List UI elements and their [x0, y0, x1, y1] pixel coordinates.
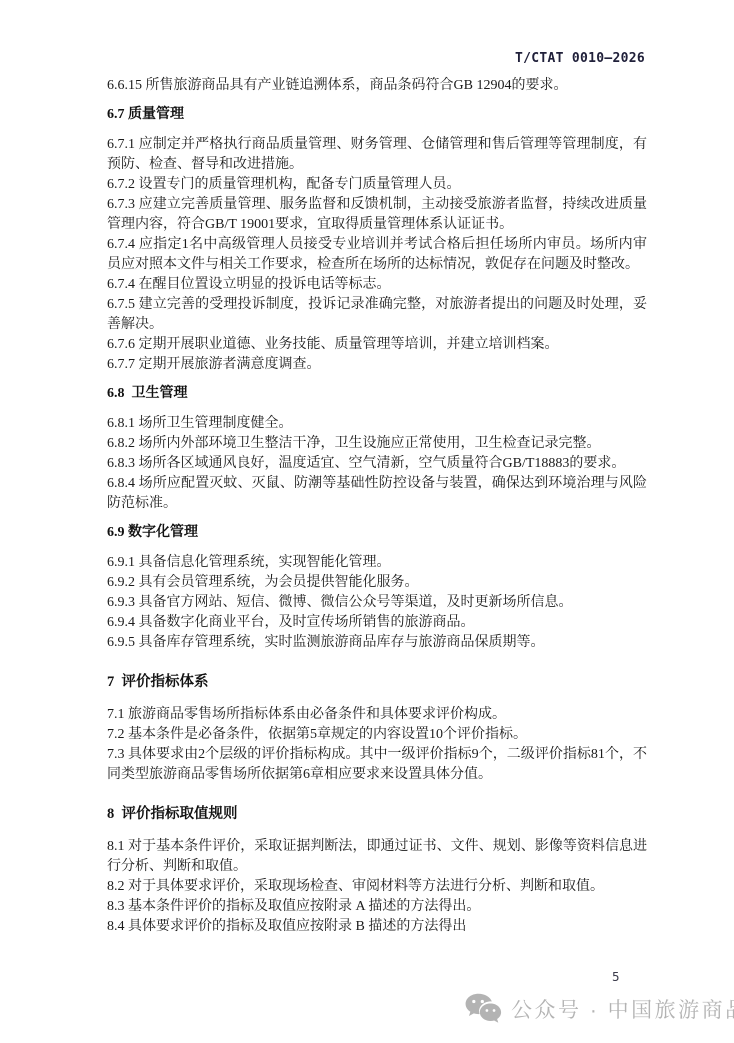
clause-paragraph: 7.3 具体要求由2个层级的评价指标构成。其中一级评价指标9个，二级评价指标81… [107, 745, 647, 785]
clause-paragraph: 6.9.2 具有会员管理系统，为会员提供智能化服务。 [107, 573, 647, 593]
clause-paragraph: 6.7.7 定期开展旅游者满意度调查。 [107, 355, 647, 375]
clause-paragraph: 6.7.5 建立完善的受理投诉制度，投诉记录准确完整，对旅游者提出的问题及时处理… [107, 295, 647, 335]
clause-paragraph: 7.1 旅游商品零售场所指标体系由必备条件和具体要求评价构成。 [107, 705, 647, 725]
clause-paragraph: 8.2 对于具体要求评价，采取现场检查、审阅材料等方法进行分析、判断和取值。 [107, 877, 647, 897]
clause-paragraph: 8.3 基本条件评价的指标及取值应按附录 A 描述的方法得出。 [107, 897, 647, 917]
document-page: T/CTAT 0010—2026 6.6.15 所售旅游商品具有产业链追溯体系，… [0, 0, 734, 1043]
section-heading: 6.9 数字化管理 [107, 523, 647, 543]
clause-paragraph: 6.7.4 应指定1名中高级管理人员接受专业培训并考试合格后担任场所内审员。场所… [107, 235, 647, 275]
clause-paragraph: 7.2 基本条件是必备条件，依据第5章规定的内容设置10个评价指标。 [107, 725, 647, 745]
page-number: 5 [612, 969, 620, 984]
clause-paragraph: 6.8.1 场所卫生管理制度健全。 [107, 414, 647, 434]
clause-paragraph: 8.1 对于基本条件评价，采取证据判断法，即通过证书、文件、规划、影像等资料信息… [107, 837, 647, 877]
clause-paragraph: 6.8.3 场所各区域通风良好，温度适宜、空气清新，空气质量符合GB/T1888… [107, 454, 647, 474]
footer-brand-label: 公众号 · 中国旅游商品 [511, 994, 734, 1024]
clause-paragraph: 6.7.2 设置专门的质量管理机构，配备专门质量管理人员。 [107, 175, 647, 195]
section-heading: 6.7 质量管理 [107, 105, 647, 125]
clause-paragraph: 6.7.3 应建立完善质量管理、服务监督和反馈机制，主动接受旅游者监督，持续改进… [107, 195, 647, 235]
clause-paragraph: 6.9.1 具备信息化管理系统，实现智能化管理。 [107, 553, 647, 573]
wechat-icon [464, 992, 502, 1026]
chapter-heading: 7 评价指标体系 [107, 672, 647, 692]
clause-paragraph: 6.7.1 应制定并严格执行商品质量管理、财务管理、仓储管理和售后管理等管理制度… [107, 135, 647, 175]
clause-paragraph: 6.6.15 所售旅游商品具有产业链追溯体系，商品条码符合GB 12904的要求… [107, 76, 647, 96]
doc-number: T/CTAT 0010—2026 [515, 51, 645, 66]
clause-paragraph: 6.8.2 场所内外部环境卫生整洁干净，卫生设施应正常使用，卫生检查记录完整。 [107, 434, 647, 454]
clause-paragraph: 6.7.4 在醒目位置设立明显的投诉电话等标志。 [107, 275, 647, 295]
clause-paragraph: 6.8.4 场所应配置灭蚊、灭鼠、防潮等基础性防控设备与装置，确保达到环境治理与… [107, 474, 647, 514]
section-heading: 6.8 卫生管理 [107, 384, 647, 404]
chapter-heading: 8 评价指标取值规则 [107, 804, 647, 824]
clause-paragraph: 6.9.5 具备库存管理系统，实时监测旅游商品库存与旅游商品保质期等。 [107, 633, 647, 653]
clause-paragraph: 6.9.4 具备数字化商业平台，及时宣传场所销售的旅游商品。 [107, 613, 647, 633]
clause-paragraph: 6.9.3 具备官方网站、短信、微博、微信公众号等渠道，及时更新场所信息。 [107, 593, 647, 613]
clause-paragraph: 6.7.6 定期开展职业道德、业务技能、质量管理等培训，并建立培训档案。 [107, 335, 647, 355]
document-body: 6.6.15 所售旅游商品具有产业链追溯体系，商品条码符合GB 12904的要求… [107, 76, 647, 937]
clause-paragraph: 8.4 具体要求评价的指标及取值应按附录 B 描述的方法得出 [107, 917, 647, 937]
footer-brand: 公众号 · 中国旅游商品 [464, 992, 734, 1026]
